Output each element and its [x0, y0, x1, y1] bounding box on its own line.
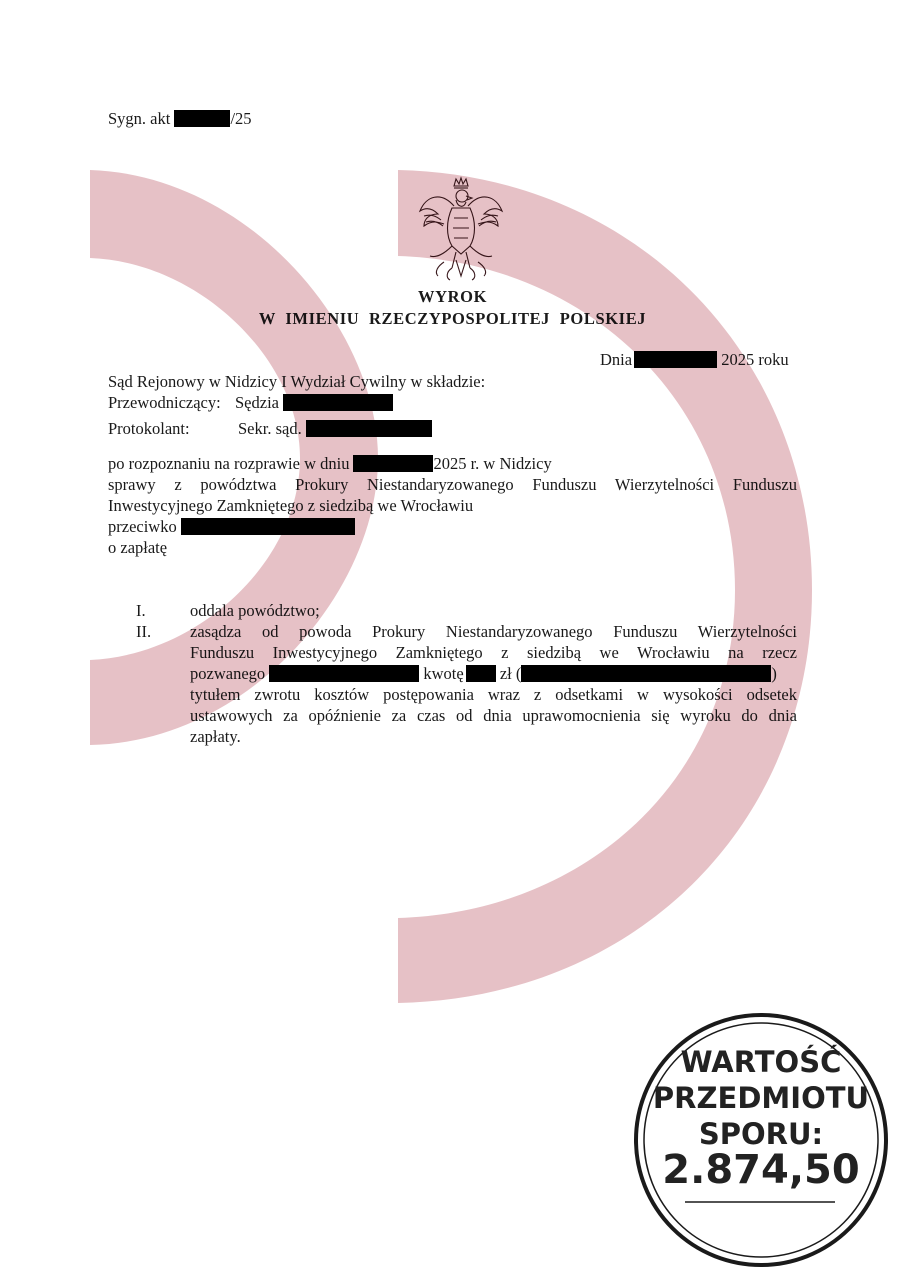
case-ref-suffix: /25	[230, 109, 251, 128]
clerk-label: Protokolant:	[108, 418, 190, 439]
court-line: Sąd Rejonowy w Nidzicy I Wydział Cywilny…	[108, 371, 485, 392]
ruling-2-line-1: zasądza od powoda Prokury Niestandaryzow…	[190, 621, 797, 642]
clerk-title: Sekr. sąd.	[238, 419, 302, 438]
redaction-case-number	[174, 110, 230, 127]
close-paren: )	[771, 664, 777, 683]
ruling-2-line-3: pozwanego kwotę zł ()	[190, 663, 777, 684]
redaction-amount	[466, 665, 496, 682]
amount-label: kwotę	[423, 664, 463, 683]
redaction-hearing-date	[353, 455, 433, 472]
stamp-line-1: WARTOŚĆ	[633, 1045, 889, 1079]
ruling-2-line-2: Funduszu Inwestycyjnego Zamkniętego z si…	[190, 642, 797, 663]
proceedings-line-1: po rozpoznaniu na rozprawie w dniu2025 r…	[108, 453, 552, 474]
case-reference: Sygn. akt /25	[108, 108, 252, 129]
redaction-defendant	[269, 665, 419, 682]
proceedings-line-3: Inwestycyjnego Zamkniętego z siedzibą we…	[108, 495, 473, 516]
ruling-2-line-5: ustawowych za opóźnienie za czas od dnia…	[190, 705, 797, 726]
chair-value: Sędzia	[235, 392, 393, 413]
stamp-value: 2.874,50	[633, 1147, 889, 1193]
redaction-amount-words	[521, 665, 771, 682]
redaction-clerk-name	[306, 420, 432, 437]
polish-eagle-emblem-icon	[416, 176, 506, 286]
redaction-defendant-name	[181, 518, 355, 535]
ruling-2-line-4: tytułem zwrotu kosztów postępowania wraz…	[190, 684, 797, 705]
date-year: 2025 roku	[721, 350, 788, 369]
case-ref-label: Sygn. akt	[108, 109, 170, 128]
against-label: przeciwko	[108, 517, 177, 536]
hearing-year: 2025 r. w Nidzicy	[433, 454, 551, 473]
redaction-judge-name	[283, 394, 393, 411]
proceedings-line-2: sprawy z powództwa Prokury Niestandaryzo…	[108, 474, 797, 495]
defendant-label: pozwanego	[190, 664, 265, 683]
ruling-2-line-6: zapłaty.	[190, 726, 241, 747]
ruling-2-number: II.	[136, 621, 151, 642]
date-label: Dnia	[600, 350, 632, 369]
judgment-date: Dnia 2025 roku	[600, 349, 789, 370]
redaction-date	[634, 351, 717, 368]
document-title: WYROK	[0, 287, 905, 307]
ruling-1-number: I.	[136, 600, 146, 621]
stamp-line-2: PRZEDMIOTU	[633, 1081, 889, 1115]
chair-label: Przewodniczący:	[108, 392, 221, 413]
currency-label: zł (	[500, 664, 522, 683]
document-subtitle: W IMIENIU RZECZYPOSPOLITEJ POLSKIEJ	[0, 309, 905, 329]
against-line: przeciwko	[108, 516, 355, 537]
chair-title: Sędzia	[235, 393, 279, 412]
subject-line: o zapłatę	[108, 537, 167, 558]
stamp-line-3: SPORU:	[633, 1117, 889, 1151]
clerk-value: Sekr. sąd.	[238, 418, 432, 439]
ruling-1-text: oddala powództwo;	[190, 600, 320, 621]
hearing-label: po rozpoznaniu na rozprawie w dniu	[108, 454, 349, 473]
